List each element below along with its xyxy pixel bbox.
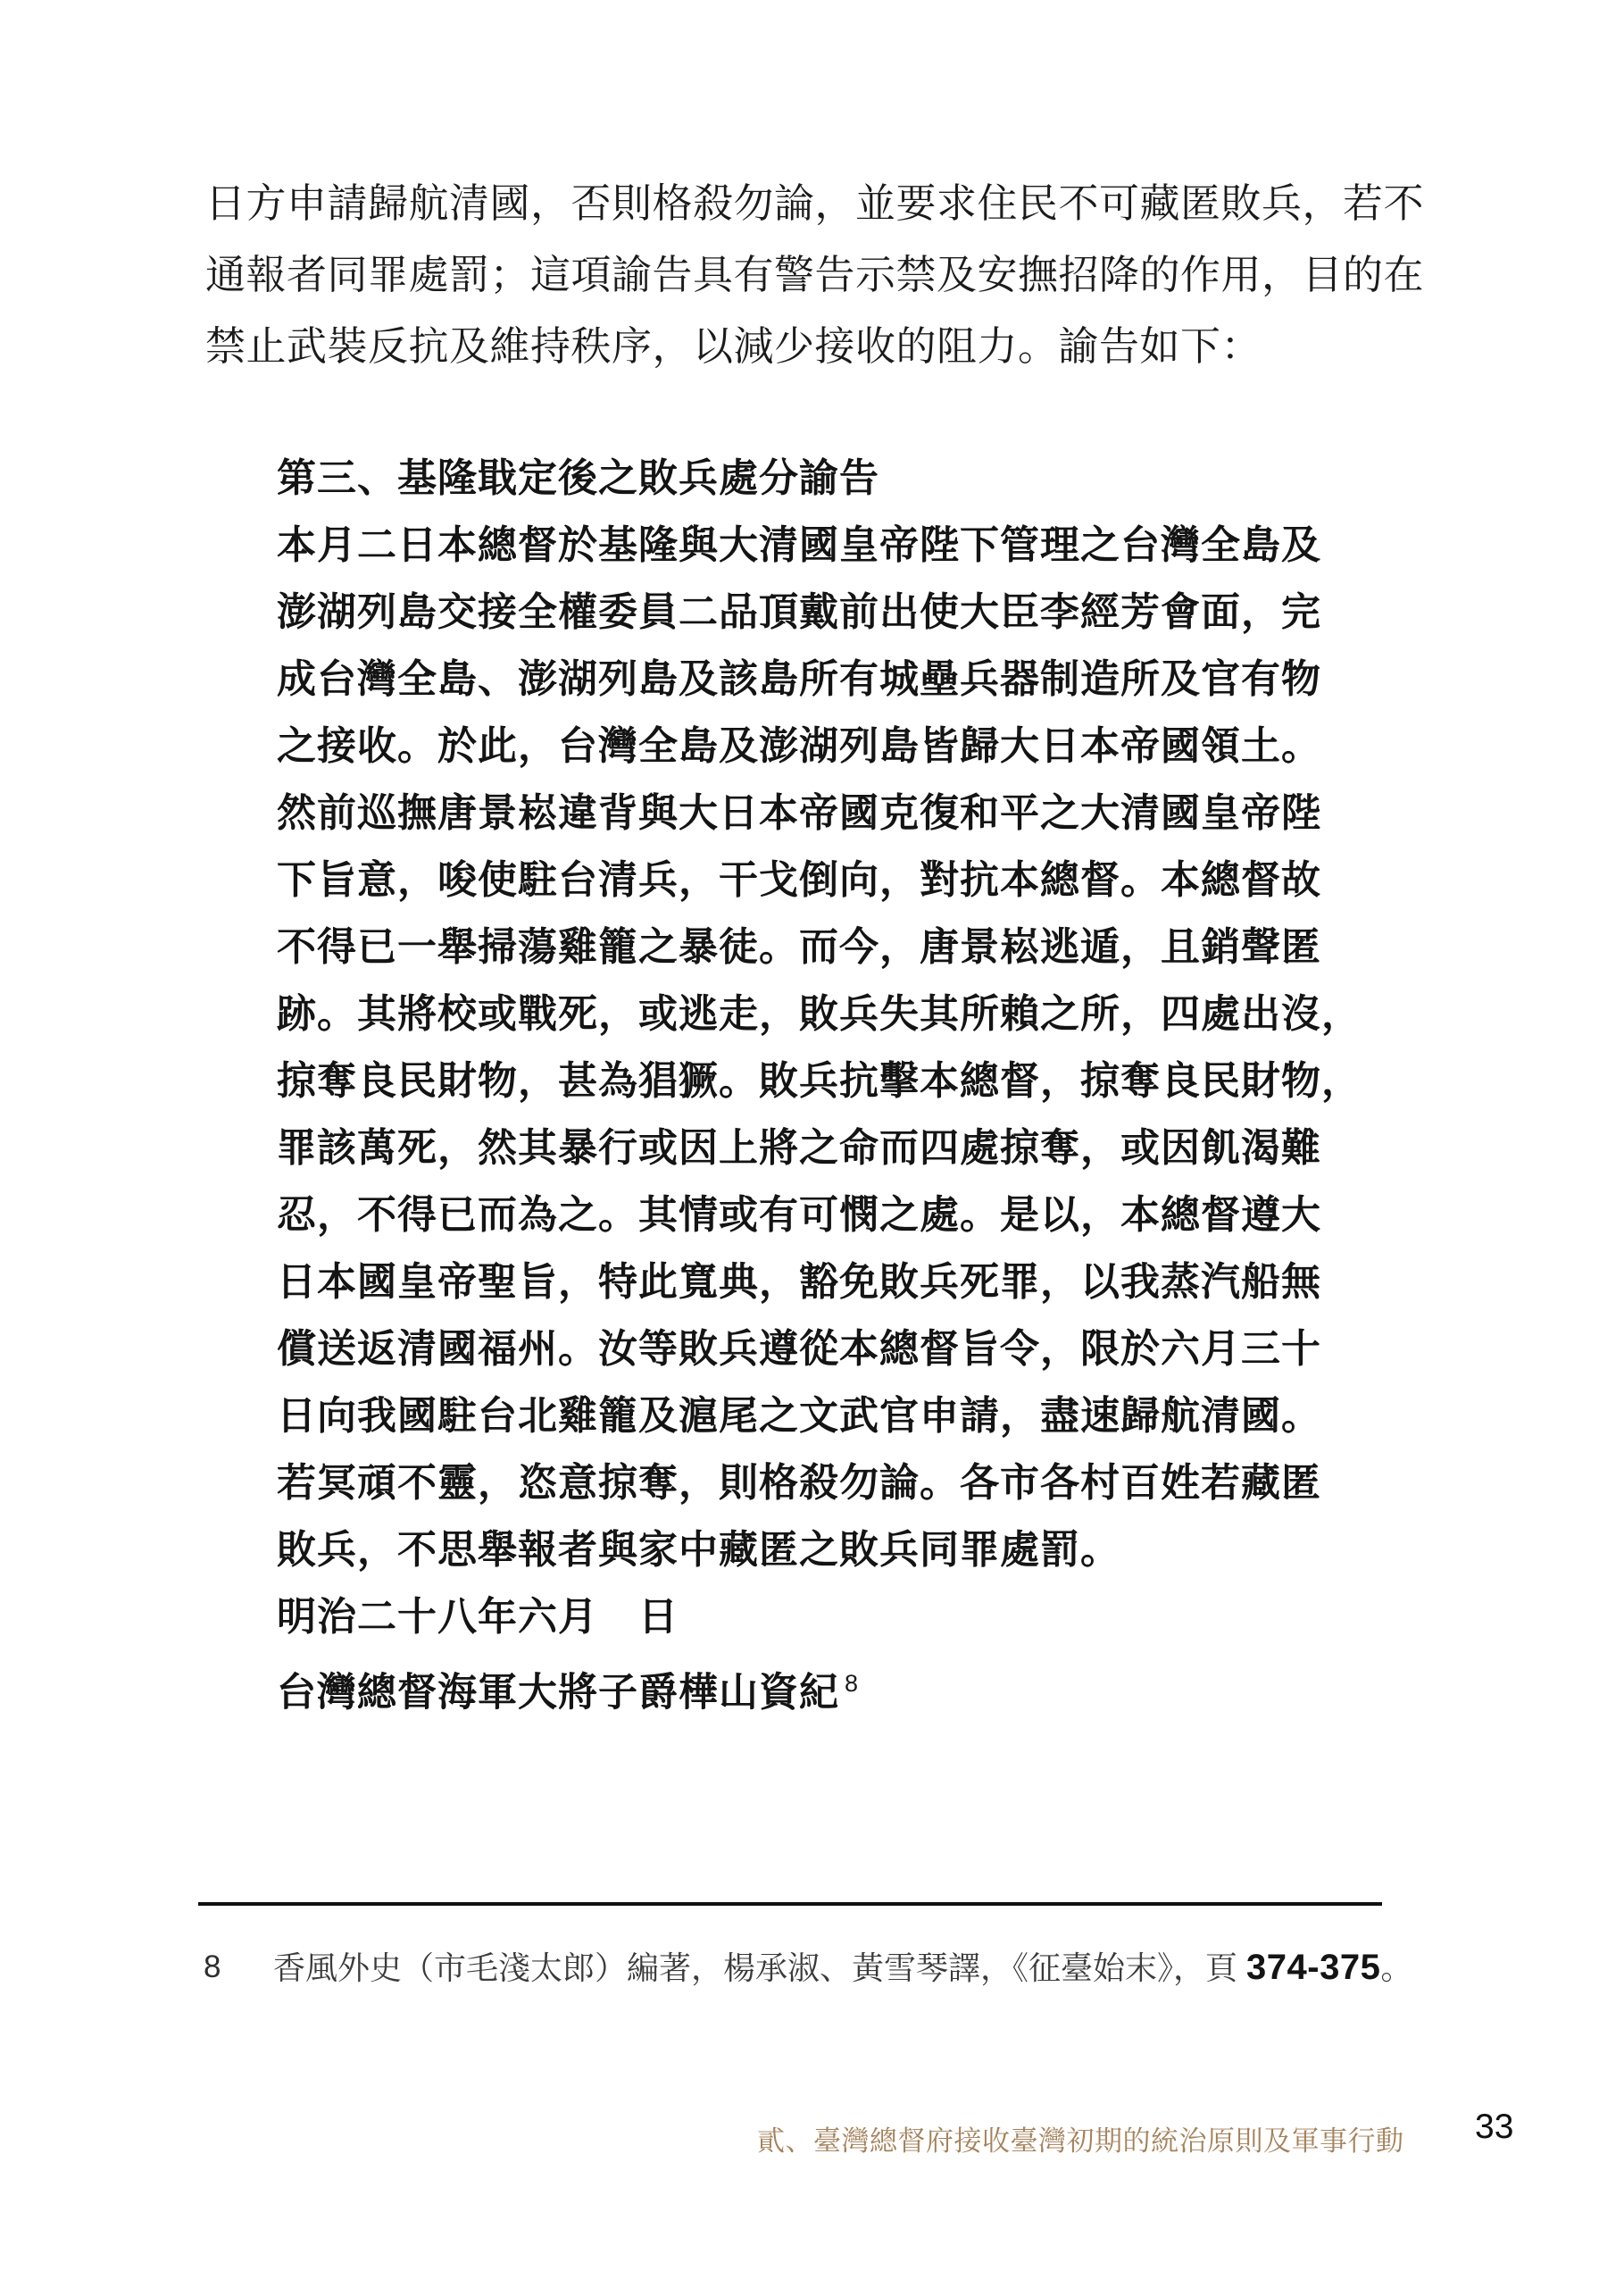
footnote-text: 香風外史（市毛淺太郎）編著，楊承淑、黃雪琴譯，《征臺始末》，頁 374-375。 <box>273 1945 1412 1991</box>
proclamation-body: 本月二日本總督於基隆與大清國皇帝陛下管理之台灣全島及澎湖列島交接全權委員二品頂戴… <box>277 512 1348 1583</box>
footnote-citation: 香風外史（市毛淺太郎）編著，楊承淑、黃雪琴譯，《征臺始末》，頁 <box>273 1949 1246 1986</box>
opening-paragraph: 日方申請歸航清國，否則格殺勿論，並要求住民不可藏匿敗兵，若不通報者同罪處罰；這項… <box>205 168 1437 382</box>
proclamation-signature: 台灣總督海軍大將子爵樺山資紀 <box>277 1671 839 1715</box>
proclamation-block: 第三、基隆戢定後之敗兵處分諭告 本月二日本總督於基隆與大清國皇帝陛下管理之台灣全… <box>277 445 1348 1726</box>
footnote-reference: 8 <box>845 1670 859 1697</box>
proclamation-date: 明治二十八年六月 日 <box>277 1583 1348 1650</box>
proclamation-title: 第三、基隆戢定後之敗兵處分諭告 <box>277 445 1348 512</box>
document-page: 日方申請歸航清國，否則格殺勿論，並要求住民不可藏匿敗兵，若不通報者同罪處罰；這項… <box>0 0 1624 2279</box>
proclamation-signature-line: 台灣總督海軍大將子爵樺山資紀8 <box>277 1650 1348 1726</box>
footnote-page-range: 374-375 <box>1246 1948 1380 1987</box>
footnote-period: 。 <box>1380 1949 1412 1986</box>
footnote-marker: 8 <box>204 1945 273 1991</box>
running-footer-chapter-title: 貳、臺灣總督府接收臺灣初期的統治原則及軍事行動 <box>757 2118 1404 2158</box>
footnote-divider <box>198 1902 1382 1906</box>
footnote: 8 香風外史（市毛淺太郎）編著，楊承淑、黃雪琴譯，《征臺始末》，頁 374-37… <box>204 1945 1453 1991</box>
page-number: 33 <box>1475 2108 1513 2147</box>
